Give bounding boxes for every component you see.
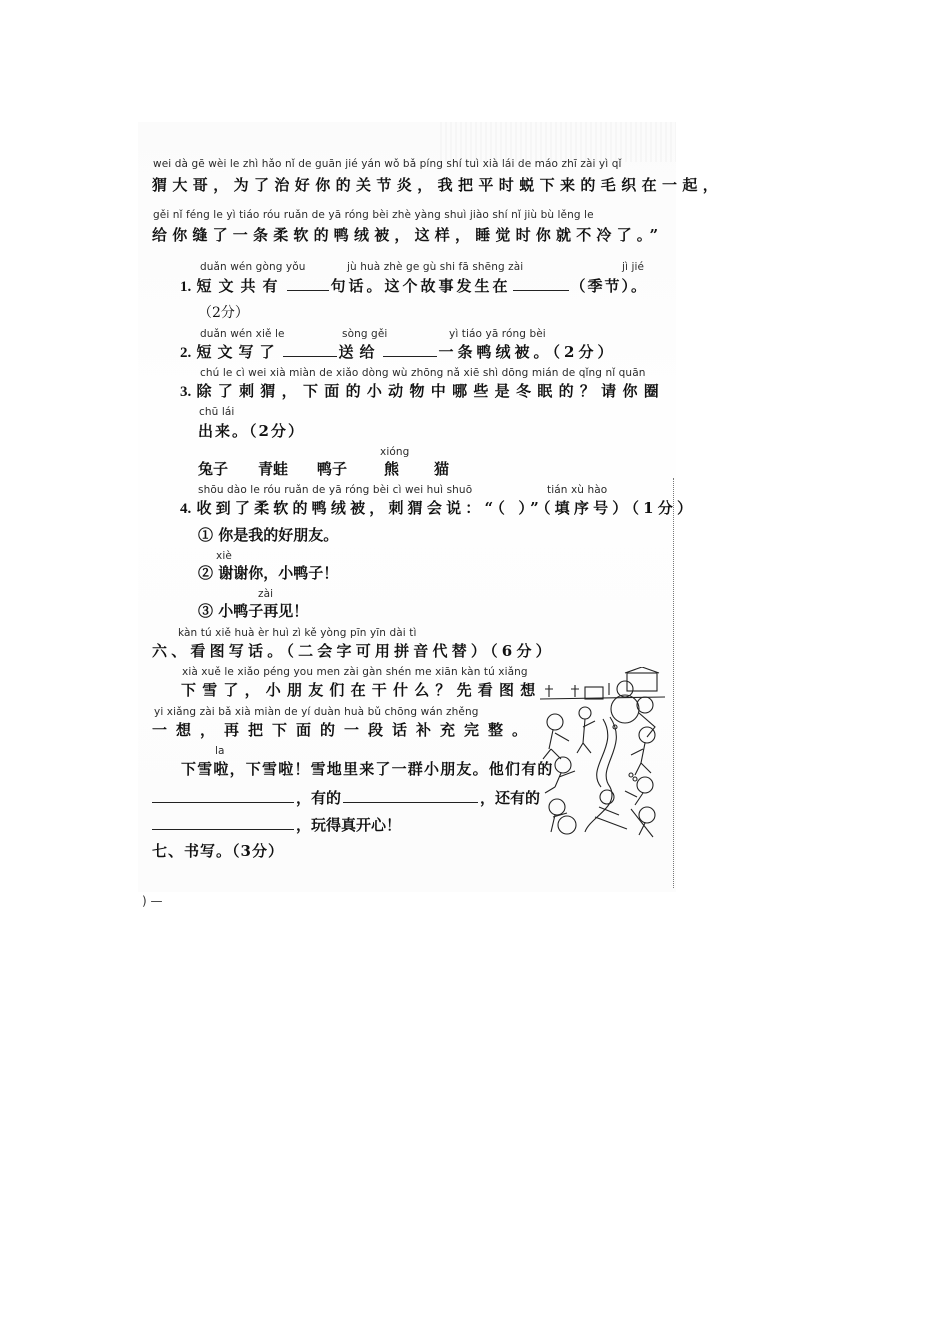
answer-blank[interactable] [283, 355, 337, 357]
section-7-title: 七、书写。（3分） [152, 840, 284, 861]
question-text: 短文共有 [196, 277, 284, 295]
answer-blank[interactable] [287, 289, 329, 291]
choice-mark: ③ [198, 602, 213, 620]
pinyin: yì tiáo yā róng bèi [449, 328, 546, 340]
scan-noise [440, 122, 676, 162]
choice-text: 谢谢你，小鸭子！ [218, 564, 338, 582]
choice-mark: ② [198, 564, 213, 582]
animal-option[interactable]: 鸭子 [317, 458, 347, 479]
pinyin: sòng gěi [342, 328, 387, 340]
answer-blank[interactable] [343, 801, 478, 803]
animal-option[interactable]: 熊 [384, 458, 399, 479]
question-text: 短文写了 [196, 343, 280, 361]
question-number: 2. [180, 345, 191, 361]
answer-blank[interactable] [383, 355, 437, 357]
pinyin: duǎn wén gòng yǒu [200, 261, 306, 273]
question-number: 4. [180, 501, 191, 517]
pinyin: jù huà zhè ge gù shi fā shēng zài [347, 261, 523, 273]
question-number: 1. [180, 279, 191, 295]
pinyin: chú le cì wei xià miàn de xiǎo dòng wù z… [200, 367, 645, 379]
paragraph-text: ，还有的 [480, 789, 540, 807]
question-text: 一条鸭绒被。（2分） [439, 343, 617, 361]
question-number: 3. [180, 384, 191, 400]
binding-dotted-line [673, 478, 674, 888]
pinyin: duǎn wén xiě le [200, 328, 285, 340]
animal-option[interactable]: 青蛙 [258, 458, 288, 479]
pinyin: tián xù hào [547, 484, 607, 496]
passage-line: 猬大哥，为了治好你的关节炎，我把平时蜕下来的毛织在一起， [152, 174, 723, 195]
pinyin: kàn tú xiě huà èr huì zì kě yòng pīn yīn… [178, 627, 416, 639]
answer-blank[interactable] [513, 289, 569, 291]
choice-text: 你是我的好朋友。 [218, 526, 338, 544]
answer-blank[interactable] [152, 801, 294, 803]
question-text: 送给 [339, 343, 381, 361]
pinyin: jì jié [622, 261, 644, 273]
question-text: （季节）。 [571, 277, 649, 295]
prompt-text: 下雪了，小朋友们在干什么？先看图想 [181, 679, 541, 700]
question-text: 除了刺猬，下面的小动物中哪些是冬眠的？请你圈 [196, 382, 665, 400]
pinyin: yi xiǎng zài bǎ xià miàn de yí duàn huà … [154, 706, 479, 718]
pinyin: la [215, 745, 225, 757]
animal-option[interactable]: 兔子 [198, 458, 228, 479]
pinyin: xià xuě le xiǎo péng you men zài gàn shé… [182, 666, 528, 678]
pinyin: xióng [380, 446, 409, 458]
score: （2分） [198, 302, 249, 322]
pinyin: shōu dào le róu ruǎn de yā róng bèi cì w… [198, 484, 472, 496]
snow-scene-illustration [535, 667, 670, 839]
question-text: 出来。（2分） [198, 420, 305, 441]
question-text: 收到了柔软的鸭绒被，刺猬会说：“（ ）”（填序号）（1分） [196, 499, 696, 517]
page-edge-mark: ) — [142, 894, 163, 908]
choice-mark: ① [198, 526, 213, 544]
pinyin-line: wei dà gē wèi le zhì hǎo nǐ de guān jié … [153, 158, 622, 170]
pinyin: zài [258, 588, 273, 600]
prompt-text: 一想，再把下面的一段话补充完整。 [152, 719, 536, 740]
passage-line: 给你缝了一条柔软的鸭绒被，这样，睡觉时你就不冷了。” [152, 224, 663, 245]
choice-text: 小鸭子再见！ [218, 602, 308, 620]
section-title: 六、看图写话。（二会字可用拼音代替）（6分） [152, 640, 555, 661]
pinyin: chū lái [199, 406, 234, 418]
animal-option[interactable]: 猫 [434, 458, 449, 479]
question-text: 句话。这个故事发生在 [331, 277, 511, 295]
paragraph-text: 下雪啦，下雪啦！雪地里来了一群小朋友。他们有的 [181, 758, 554, 779]
paragraph-text: ，有的 [296, 789, 341, 807]
pinyin: xiè [216, 550, 232, 562]
pinyin-line: gěi nǐ féng le yì tiáo róu ruǎn de yā ró… [153, 209, 594, 221]
answer-blank[interactable] [152, 828, 294, 830]
paragraph-text: ，玩得真开心！ [296, 816, 401, 834]
